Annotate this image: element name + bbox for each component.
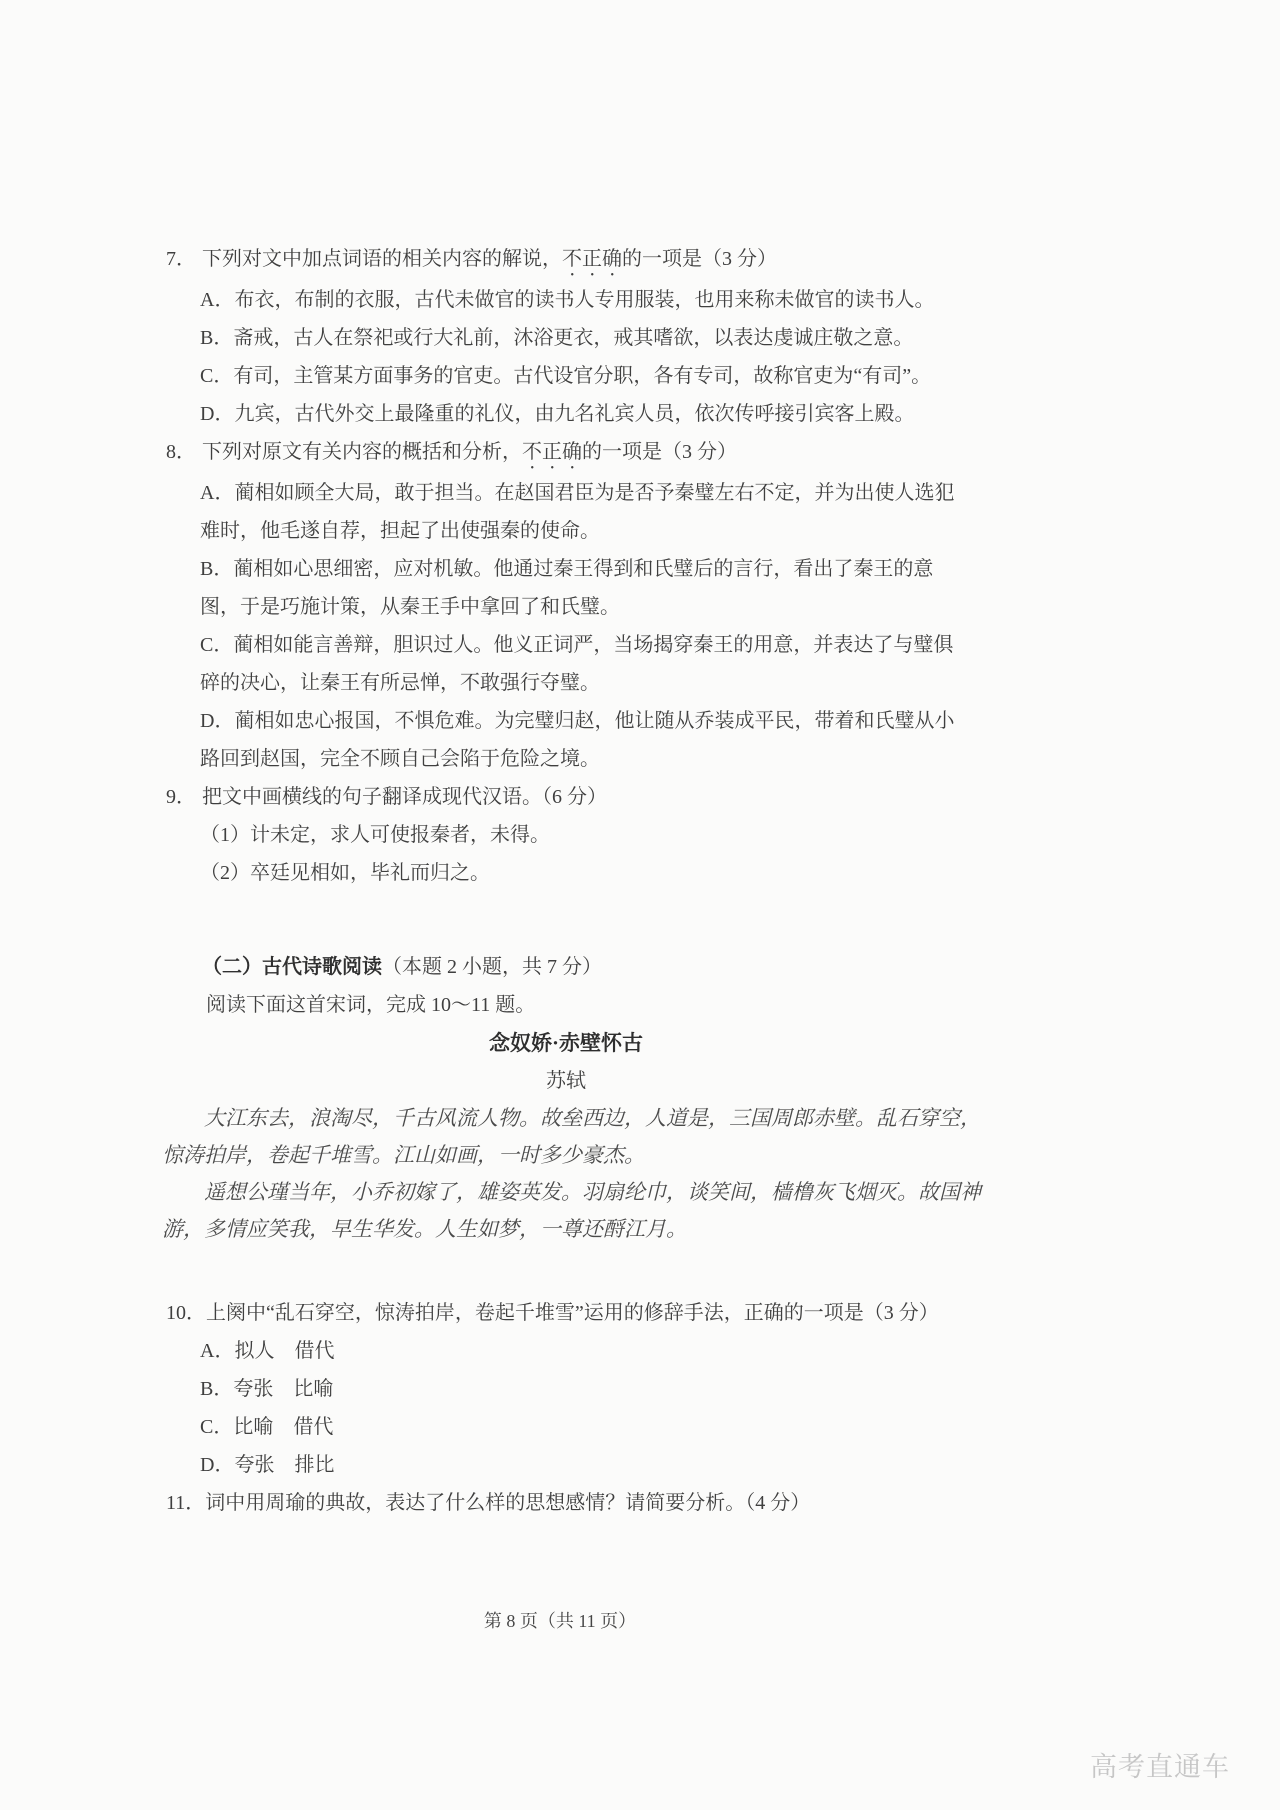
question-8-stem: 8． 下列对原文有关内容的概括和分析，不正确的一项是（3 分） (166, 433, 966, 474)
option-text: 蔺相如顾全大局，敢于担当。在赵国君臣为是否予秦璧左右不定，并为出使人选犯难时，他… (200, 482, 954, 542)
footer-page-number: 第 8 页（共 11 页） (166, 1602, 954, 1640)
option-label: C． (200, 634, 233, 656)
option-row: D．九宾，古代外交上最隆重的礼仪，由九名礼宾人员，依次传呼接引宾客上殿。 (200, 395, 972, 433)
stem-text-pre: 下列对原文有关内容的概括和分析， (202, 441, 522, 463)
question-8: 8． 下列对原文有关内容的概括和分析，不正确的一项是（3 分） A．蔺相如顾全大… (166, 433, 966, 778)
question-9-number: 9． (166, 778, 202, 816)
option-label: D． (200, 710, 234, 732)
option-label: D． (200, 403, 234, 425)
translation-sentence-1: （1）计未定，求人可使报秦者，未得。 (200, 816, 966, 854)
translation-sentence-2: （2）卒廷见相如，毕礼而归之。 (200, 854, 966, 892)
question-9-stem-text: 把文中画横线的句子翻译成现代汉语。（6 分） (202, 778, 966, 816)
option-text: 斋戒，古人在祭祀或行大礼前，沐浴更衣，戒其嗜欲，以表达虔诚庄敬之意。 (233, 327, 913, 349)
question-9: 9． 把文中画横线的句子翻译成现代汉语。（6 分） （1）计未定，求人可使报秦者… (166, 778, 966, 892)
question-10-stem: 10． 上阕中“乱石穿空，惊涛拍岸，卷起千堆雪”运用的修辞手法，正确的一项是（3… (166, 1294, 966, 1332)
option-text: 布衣，布制的衣服，古代未做官的读书人专用服装，也用来称未做官的读书人。 (234, 289, 934, 311)
option-label: A． (200, 482, 234, 504)
watermark-text: 高考直通车 (1090, 1748, 1230, 1786)
question-7-stem-text: 下列对文中加点词语的相关内容的解说，不正确的一项是（3 分） (202, 240, 966, 281)
option-row: B．斋戒，古人在祭祀或行大礼前，沐浴更衣，戒其嗜欲，以表达虔诚庄敬之意。 (200, 319, 972, 357)
emphasized-text: 不正确 (562, 248, 622, 270)
question-10-stem-text: 上阕中“乱石穿空，惊涛拍岸，卷起千堆雪”运用的修辞手法，正确的一项是（3 分） (206, 1294, 966, 1332)
option-text: 拟人 借代 (234, 1340, 334, 1362)
question-11-stem: 11． 词中用周瑜的典故，表达了什么样的思想感情？请简要分析。（4 分） (166, 1484, 966, 1522)
question-7: 7． 下列对文中加点词语的相关内容的解说，不正确的一项是（3 分） A．布衣，布… (166, 240, 966, 433)
question-7-options: A．布衣，布制的衣服，古代未做官的读书人专用服装，也用来称未做官的读书人。 B．… (200, 281, 972, 433)
question-11-number: 11． (166, 1484, 205, 1522)
poem-author: 苏轼 (166, 1062, 966, 1100)
question-7-stem: 7． 下列对文中加点词语的相关内容的解说，不正确的一项是（3 分） (166, 240, 966, 281)
option-row: C．有司，主管某方面事务的官吏。古代设官分职，各有专司，故称官吏为“有司”。 (200, 357, 972, 395)
option-text: 蔺相如心思细密，应对机敏。他通过秦王得到和氏璧后的言行，看出了秦王的意图，于是巧… (200, 558, 933, 618)
option-label: B． (200, 1378, 233, 1400)
option-text: 比喻 借代 (233, 1416, 333, 1438)
stem-text-post: 的一项是（3 分） (622, 248, 777, 270)
question-10-number: 10． (166, 1294, 206, 1332)
question-10-options: A．拟人 借代 B．夸张 比喻 C．比喻 借代 D．夸张 排比 (200, 1332, 972, 1484)
poem-title: 念奴娇·赤壁怀古 (166, 1024, 966, 1062)
section-heading-note: （本题 2 小题，共 7 分） (382, 956, 602, 978)
emphasized-text: 不正确 (522, 441, 582, 463)
poem-stanza-2: 遥想公瑾当年，小乔初嫁了，雄姿英发。羽扇纶巾，谈笑间，樯橹灰飞烟灭。故国神游，多… (162, 1174, 998, 1248)
option-row: D．蔺相如忠心报国，不惧危难。为完璧归赵，他让随从乔装成平民，带着和氏璧从小路回… (200, 702, 972, 778)
option-text: 夸张 排比 (234, 1454, 334, 1476)
stem-text-post: 的一项是（3 分） (582, 441, 737, 463)
question-11-stem-text: 词中用周瑜的典故，表达了什么样的思想感情？请简要分析。（4 分） (205, 1484, 966, 1522)
section-heading: （二）古代诗歌阅读（本题 2 小题，共 7 分） (202, 948, 966, 986)
option-row: A．拟人 借代 (200, 1332, 972, 1370)
exam-page: 7． 下列对文中加点词语的相关内容的解说，不正确的一项是（3 分） A．布衣，布… (0, 0, 1280, 1810)
question-8-stem-text: 下列对原文有关内容的概括和分析，不正确的一项是（3 分） (202, 433, 966, 474)
question-7-number: 7． (166, 240, 202, 281)
option-label: D． (200, 1454, 234, 1476)
option-label: B． (200, 558, 233, 580)
option-label: C． (200, 365, 233, 387)
option-label: C． (200, 1416, 233, 1438)
question-11: 11． 词中用周瑜的典故，表达了什么样的思想感情？请简要分析。（4 分） (166, 1484, 966, 1522)
page-content: 7． 下列对文中加点词语的相关内容的解说，不正确的一项是（3 分） A．布衣，布… (166, 0, 966, 1522)
question-9-stem: 9． 把文中画横线的句子翻译成现代汉语。（6 分） (166, 778, 966, 816)
question-8-options: A．蔺相如顾全大局，敢于担当。在赵国君臣为是否予秦璧左右不定，并为出使人选犯难时… (200, 474, 972, 778)
option-label: B． (200, 327, 233, 349)
option-text: 有司，主管某方面事务的官吏。古代设官分职，各有专司，故称官吏为“有司”。 (233, 365, 931, 387)
option-row: C．蔺相如能言善辩，胆识过人。他义正词严，当场揭穿秦王的用意，并表达了与璧俱碎的… (200, 626, 972, 702)
option-row: A．布衣，布制的衣服，古代未做官的读书人专用服装，也用来称未做官的读书人。 (200, 281, 972, 319)
option-row: B．蔺相如心思细密，应对机敏。他通过秦王得到和氏璧后的言行，看出了秦王的意图，于… (200, 550, 972, 626)
option-label: A． (200, 1340, 234, 1362)
option-text: 蔺相如忠心报国，不惧危难。为完璧归赵，他让随从乔装成平民，带着和氏璧从小路回到赵… (200, 710, 954, 770)
stem-text-pre: 下列对文中加点词语的相关内容的解说， (202, 248, 562, 270)
option-row: B．夸张 比喻 (200, 1370, 972, 1408)
option-row: D．夸张 排比 (200, 1446, 972, 1484)
option-text: 蔺相如能言善辩，胆识过人。他义正词严，当场揭穿秦王的用意，并表达了与璧俱碎的决心… (200, 634, 953, 694)
option-text: 九宾，古代外交上最隆重的礼仪，由九名礼宾人员，依次传呼接引宾客上殿。 (234, 403, 914, 425)
question-10: 10． 上阕中“乱石穿空，惊涛拍岸，卷起千堆雪”运用的修辞手法，正确的一项是（3… (166, 1294, 966, 1484)
poem-body: 大江东去，浪淘尽，千古风流人物。故垒西边，人道是，三国周郎赤壁。乱石穿空，惊涛拍… (162, 1100, 998, 1248)
option-label: A． (200, 289, 234, 311)
option-row: A．蔺相如顾全大局，敢于担当。在赵国君臣为是否予秦璧左右不定，并为出使人选犯难时… (200, 474, 972, 550)
section-intro: 阅读下面这首宋词，完成 10～11 题。 (206, 986, 966, 1024)
poem-stanza-1: 大江东去，浪淘尽，千古风流人物。故垒西边，人道是，三国周郎赤壁。乱石穿空，惊涛拍… (162, 1100, 998, 1174)
option-row: C．比喻 借代 (200, 1408, 972, 1446)
option-text: 夸张 比喻 (233, 1378, 333, 1400)
section-heading-title: （二）古代诗歌阅读 (202, 956, 382, 978)
question-8-number: 8． (166, 433, 202, 474)
